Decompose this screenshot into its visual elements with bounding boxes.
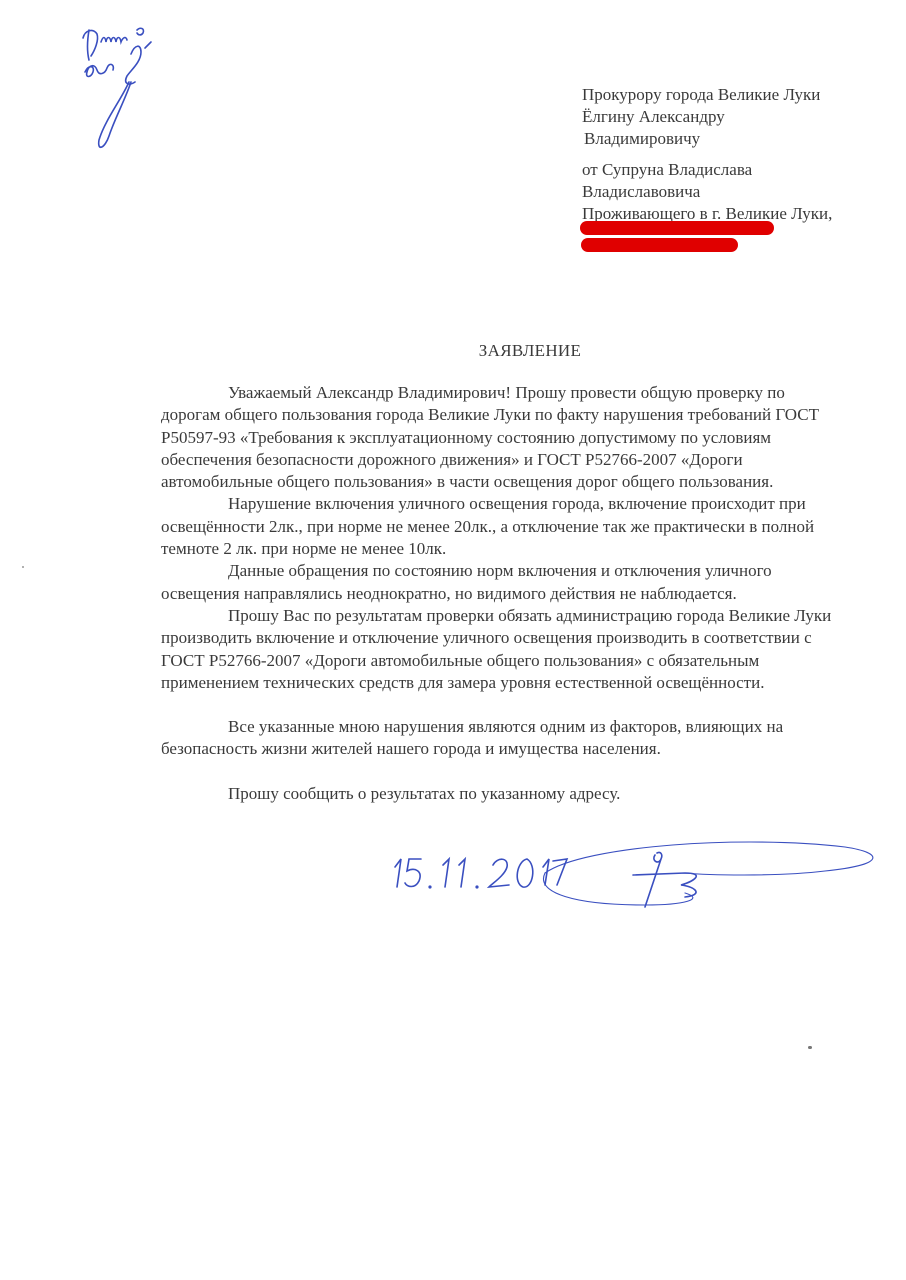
- addressee-line: Ёлгину Александру: [582, 106, 832, 128]
- handwritten-resolution-signature-icon: [75, 20, 175, 160]
- addressee-line: Прокурору города Великие Луки: [582, 84, 832, 106]
- sender-line: от Супруна Владислава: [582, 159, 832, 181]
- document-title: ЗАЯВЛЕНИЕ: [0, 341, 906, 361]
- paragraph: Нарушение включения уличного освещения г…: [161, 493, 841, 560]
- redaction-mark: [581, 238, 738, 252]
- paragraph: Данные обращения по состоянию норм включ…: [161, 560, 841, 605]
- paragraph: Прошу Вас по результатам проверки обязат…: [161, 605, 841, 694]
- addressee-block: Прокурору города Великие Луки Ёлгину Але…: [582, 84, 832, 225]
- scan-speck: [22, 566, 24, 568]
- paragraph: Все указанные мною нарушения являются од…: [161, 716, 841, 761]
- sender-line: Владиславовича: [582, 181, 832, 203]
- paragraph: Прошу сообщить о результатах по указанно…: [161, 783, 841, 805]
- handwritten-date-signature-icon: [385, 825, 885, 925]
- paragraph: Уважаемый Александр Владимирович! Прошу …: [161, 382, 841, 493]
- redaction-mark: [580, 221, 774, 235]
- scan-speck: [808, 1046, 812, 1049]
- addressee-line: Владимировичу: [582, 128, 832, 150]
- document-body: Уважаемый Александр Владимирович! Прошу …: [161, 382, 841, 805]
